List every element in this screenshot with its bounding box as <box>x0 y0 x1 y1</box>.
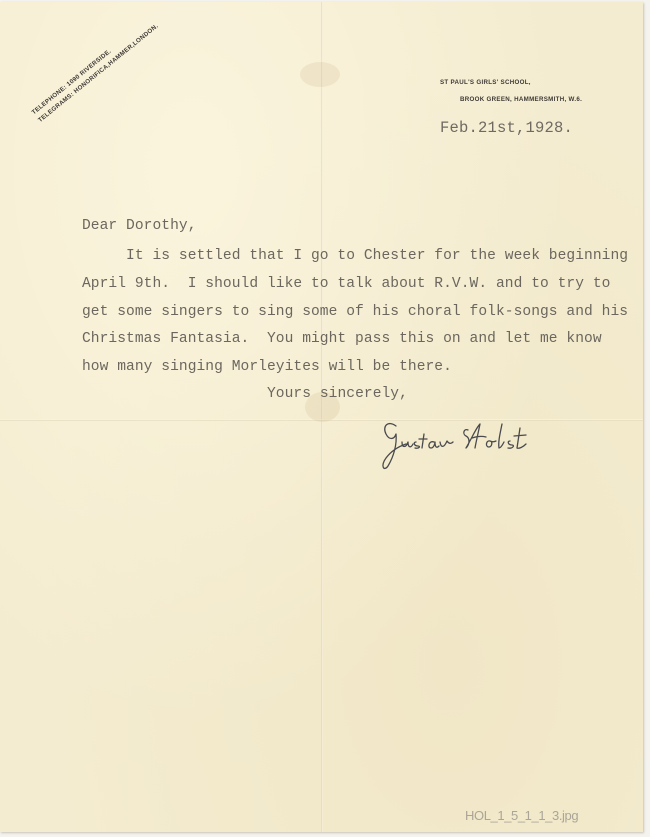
body-line: how many singing Morleyites will be ther… <box>82 359 452 375</box>
letter-date: Feb.21st,1928. <box>440 119 573 137</box>
letter-paper: TELEPHONE: 1090 RIVERSIDE. TELEGRAMS: HO… <box>0 2 643 832</box>
body-line: get some singers to sing some of his cho… <box>82 304 628 320</box>
body-line: Christmas Fantasia. You might pass this … <box>82 331 602 347</box>
salutation: Dear Dorothy, <box>82 218 197 234</box>
telephone-line: TELEPHONE: 1090 RIVERSIDE. <box>30 14 155 118</box>
filename-watermark: HOL_1_5_1_1_3.jpg <box>465 808 578 823</box>
telegrams-line: TELEGRAMS: HONORIFICA,HAMMER,LONDON. <box>36 22 161 126</box>
body-line: April 9th. I should like to talk about R… <box>82 276 610 292</box>
letterhead-contact: TELEPHONE: 1090 RIVERSIDE. TELEGRAMS: HO… <box>30 14 161 125</box>
school-name: ST PAUL'S GIRLS' SCHOOL, <box>440 79 531 86</box>
letterhead-address: ST PAUL'S GIRLS' SCHOOL, BROOK GREEN, HA… <box>440 79 531 86</box>
closing: Yours sincerely, <box>267 386 408 402</box>
signature-gustav-holst <box>378 414 548 474</box>
paper-stain <box>300 62 340 87</box>
body-line: It is settled that I go to Chester for t… <box>82 248 628 264</box>
school-address: BROOK GREEN, HAMMERSMITH, W.6. <box>460 96 582 103</box>
